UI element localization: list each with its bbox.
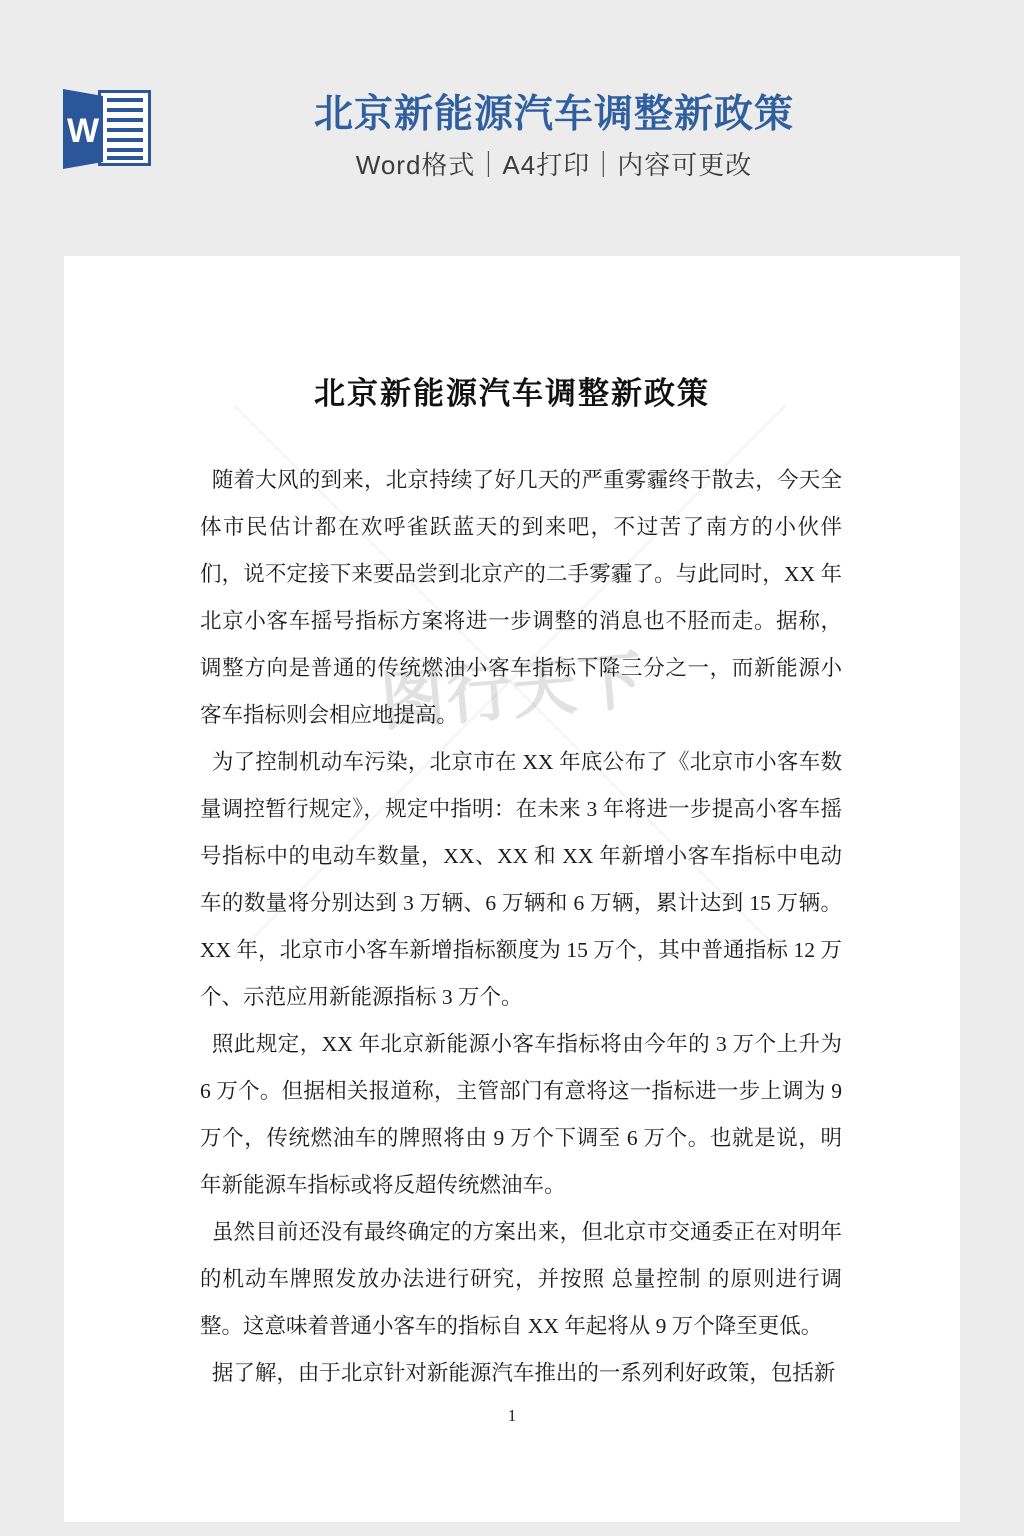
page-number: 1	[64, 1406, 960, 1426]
document-page: 图行天下 北京新能源汽车调整新政策 随着大风的到来，北京持续了好几天的严重雾霾终…	[64, 256, 960, 1522]
document-body: 随着大风的到来，北京持续了好几天的严重雾霾终于散去，今天全体市民估计都在欢呼雀跃…	[64, 457, 960, 1397]
document-title: 北京新能源汽车调整新政策	[64, 256, 960, 413]
paragraph: 据了解，由于北京针对新能源汽车推出的一系列利好政策，包括新	[200, 1350, 842, 1397]
template-preview: W 北京新能源汽车调整新政策 Word格式｜A4打印｜内容可更改 图行天下 北京…	[0, 0, 1024, 1536]
paragraph: 照此规定，XX 年北京新能源小客车指标将由今年的 3 万个上升为 6 万个。但据…	[200, 1021, 842, 1209]
header-text-block: 北京新能源汽车调整新政策 Word格式｜A4打印｜内容可更改	[0, 92, 1024, 180]
template-title: 北京新能源汽车调整新政策	[84, 92, 1024, 138]
paragraph: 虽然目前还没有最终确定的方案出来，但北京市交通委正在对明年的机动车牌照发放办法进…	[200, 1209, 842, 1350]
paragraph: 为了控制机动车污染，北京市在 XX 年底公布了《北京市小客车数量调控暂行规定》，…	[200, 739, 842, 1021]
paragraph: 随着大风的到来，北京持续了好几天的严重雾霾终于散去，今天全体市民估计都在欢呼雀跃…	[200, 457, 842, 739]
template-subtitle: Word格式｜A4打印｜内容可更改	[84, 150, 1024, 180]
header: W 北京新能源汽车调整新政策 Word格式｜A4打印｜内容可更改	[0, 0, 1024, 256]
